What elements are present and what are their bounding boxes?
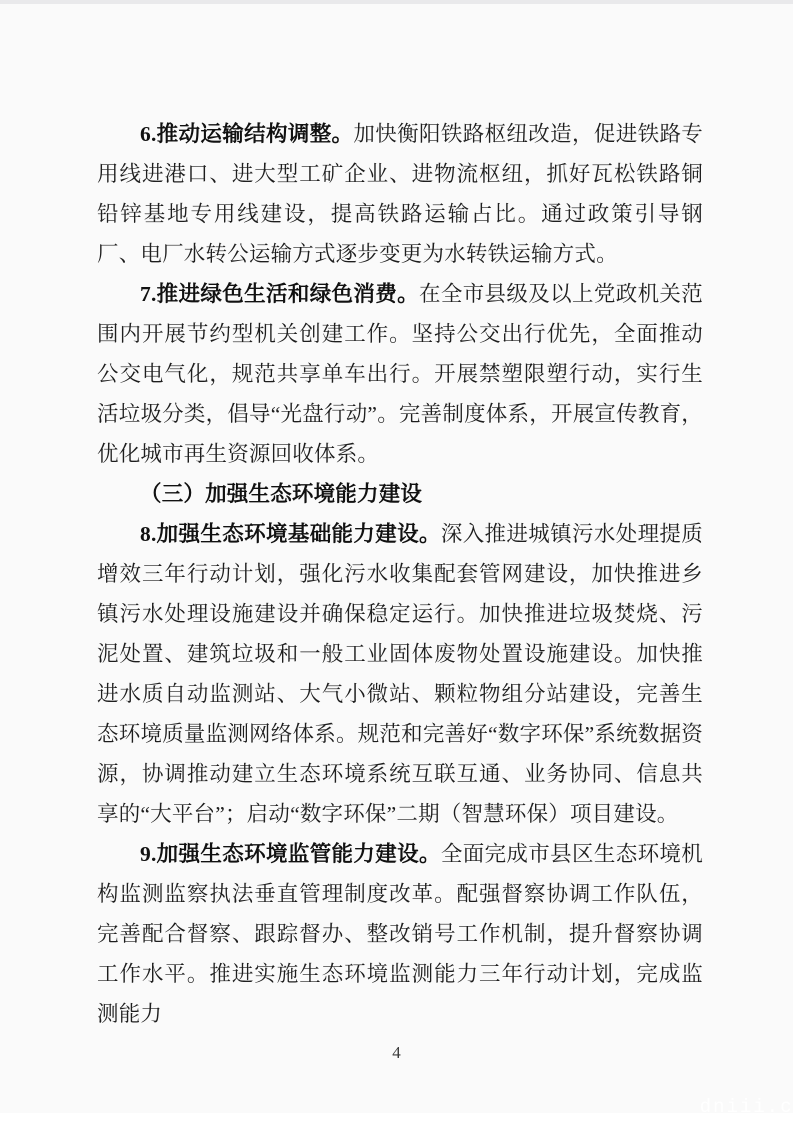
paragraph-6-lead: 6.推动运输结构调整。 — [140, 122, 353, 146]
paragraph-7: 7.推进绿色生活和绿色消费。在全市县级及以上党政机关范围内开展节约型机关创建工作… — [97, 274, 703, 474]
paragraph-6: 6.推动运输结构调整。加快衡阳铁路枢纽改造，促进铁路专用线进港口、进大型工矿企业… — [97, 114, 703, 274]
paragraph-9-text: 全面完成市县区生态环境机构监测监察执法垂直管理制度改革。配强督察协调工作队伍，完… — [97, 842, 703, 1026]
paragraph-8: 8.加强生态环境基础能力建设。深入推进城镇污水处理提质增效三年行动计划，强化污水… — [97, 514, 703, 834]
scan-edge-top — [0, 0, 793, 4]
paragraph-7-lead: 7.推进绿色生活和绿色消费。 — [140, 282, 419, 306]
paragraph-8-lead: 8.加强生态环境基础能力建设。 — [140, 522, 441, 546]
page-number: 4 — [0, 1042, 793, 1064]
section-heading-3: （三）加强生态环境能力建设 — [97, 474, 703, 514]
paragraph-8-text: 深入推进城镇污水处理提质增效三年行动计划，强化污水收集配套管网建设，加快推进乡镇… — [97, 522, 703, 826]
document-page: 6.推动运输结构调整。加快衡阳铁路枢纽改造，促进铁路专用线进港口、进大型工矿企业… — [0, 0, 793, 1124]
paragraph-7-text: 在全市县级及以上党政机关范围内开展节约型机关创建工作。坚持公交出行优先，全面推动… — [97, 282, 703, 466]
paragraph-9: 9.加强生态环境监管能力建设。全面完成市县区生态环境机构监测监察执法垂直管理制度… — [97, 834, 703, 1034]
paragraph-9-lead: 9.加强生态环境监管能力建设。 — [140, 842, 441, 866]
document-body: 6.推动运输结构调整。加快衡阳铁路枢纽改造，促进铁路专用线进港口、进大型工矿企业… — [97, 114, 703, 1034]
scan-edge-bottom — [0, 1113, 793, 1124]
